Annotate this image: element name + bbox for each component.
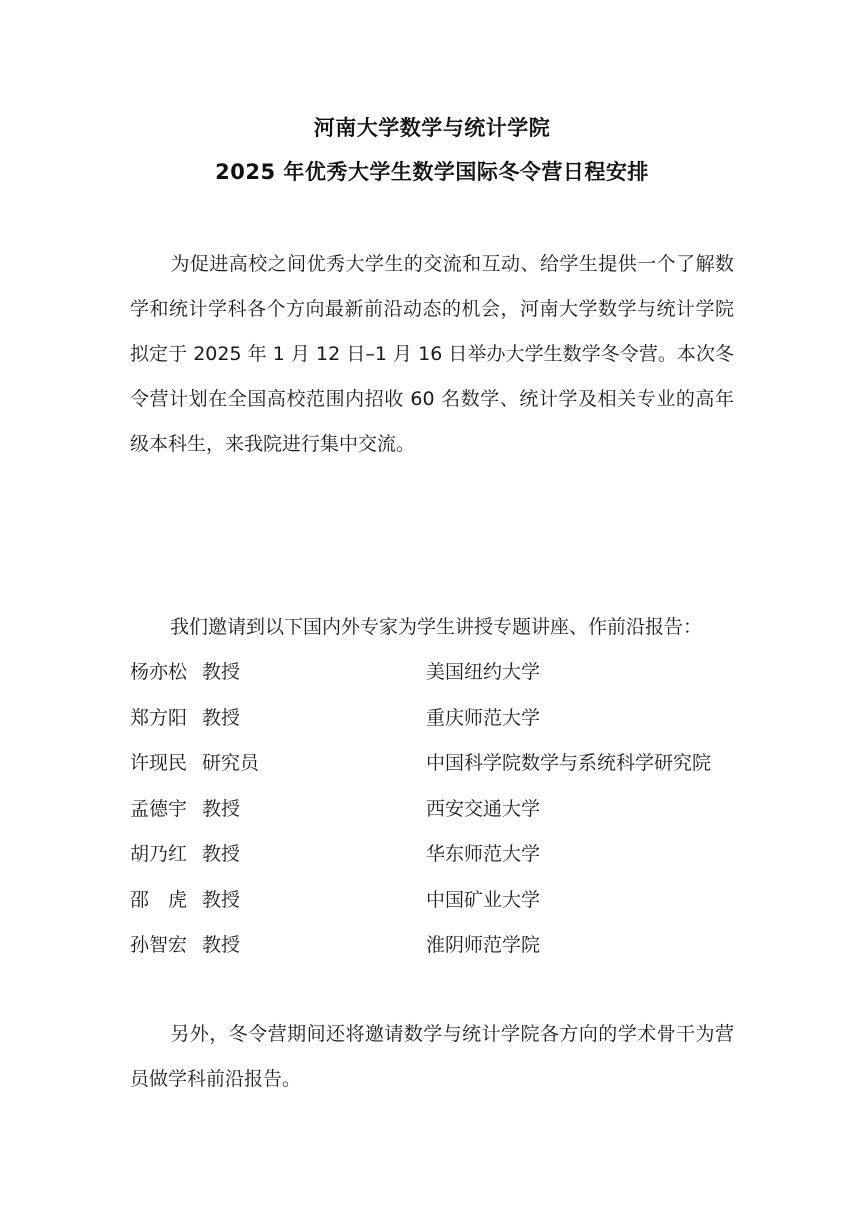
- expert-title: 教授: [202, 930, 426, 957]
- expert-affiliation: 美国纽约大学: [426, 657, 750, 684]
- expert-row: 许现民 研究员 中国科学院数学与系统科学研究院: [130, 739, 750, 785]
- experts-list: 杨亦松 教授 美国纽约大学 郑方阳 教授 重庆师范大学 许现民 研究员 中国科学…: [130, 648, 750, 967]
- expert-affiliation: 华东师范大学: [426, 839, 750, 866]
- expert-affiliation: 西安交通大学: [426, 794, 750, 821]
- intro-paragraph-text: 为促进高校之间优秀大学生的交流和互动、给学生提供一个了解数学和统计学科各个方向最…: [130, 253, 734, 455]
- closing-paragraph: 另外，冬令营期间还将邀请数学与统计学院各方向的学术骨干为营员做学科前沿报告。: [130, 1012, 734, 1102]
- expert-name: 许现民: [130, 748, 202, 775]
- expert-title: 教授: [202, 839, 426, 866]
- expert-affiliation: 中国科学院数学与系统科学研究院: [426, 748, 750, 775]
- expert-name: 胡乃红: [130, 839, 202, 866]
- document-page: 河南大学数学与统计学院 2025 年优秀大学生数学国际冬令营日程安排 为促进高校…: [0, 0, 864, 1222]
- expert-affiliation: 中国矿业大学: [426, 885, 750, 912]
- expert-name: 孟德宇: [130, 794, 202, 821]
- expert-title: 教授: [202, 885, 426, 912]
- expert-title: 教授: [202, 703, 426, 730]
- document-title-event: 2025 年优秀大学生数学国际冬令营日程安排: [0, 158, 864, 186]
- expert-row: 邵 虎 教授 中国矿业大学: [130, 876, 750, 922]
- experts-intro: 我们邀请到以下国内外专家为学生讲授专题讲座、作前沿报告：: [130, 605, 734, 650]
- expert-row: 杨亦松 教授 美国纽约大学: [130, 648, 750, 694]
- expert-row: 胡乃红 教授 华东师范大学: [130, 830, 750, 876]
- expert-name: 郑方阳: [130, 703, 202, 730]
- expert-name: 杨亦松: [130, 657, 202, 684]
- expert-name: 邵 虎: [130, 885, 202, 912]
- expert-title: 教授: [202, 794, 426, 821]
- expert-row: 郑方阳 教授 重庆师范大学: [130, 694, 750, 740]
- expert-row: 孙智宏 教授 淮阴师范学院: [130, 921, 750, 967]
- intro-paragraph: 为促进高校之间优秀大学生的交流和互动、给学生提供一个了解数学和统计学科各个方向最…: [130, 242, 734, 467]
- experts-intro-text: 我们邀请到以下国内外专家为学生讲授专题讲座、作前沿报告：: [170, 616, 702, 638]
- expert-affiliation: 淮阴师范学院: [426, 930, 750, 957]
- expert-affiliation: 重庆师范大学: [426, 703, 750, 730]
- closing-paragraph-text: 另外，冬令营期间还将邀请数学与统计学院各方向的学术骨干为营员做学科前沿报告。: [130, 1023, 734, 1090]
- expert-title: 研究员: [202, 748, 426, 775]
- expert-name: 孙智宏: [130, 930, 202, 957]
- expert-title: 教授: [202, 657, 426, 684]
- expert-row: 孟德宇 教授 西安交通大学: [130, 785, 750, 831]
- document-title-institution: 河南大学数学与统计学院: [0, 114, 864, 142]
